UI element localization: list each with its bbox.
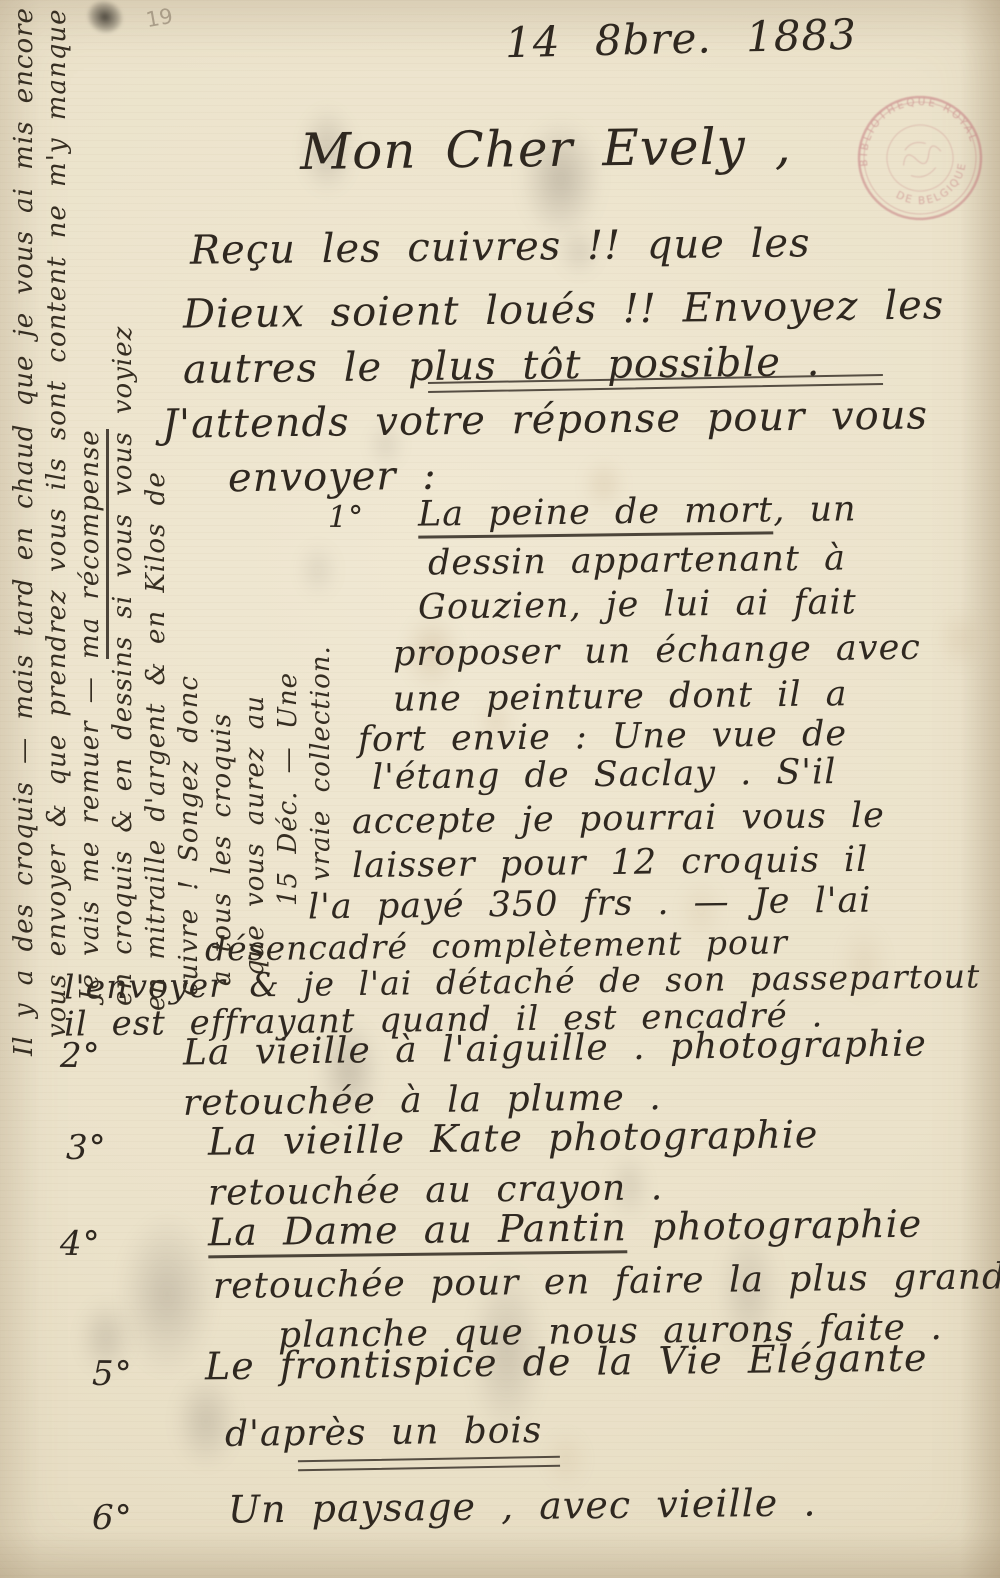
margin-line: en croquis & en dessins si vous vous voy… [107, 10, 140, 1056]
list-marker-3: 3° [66, 1128, 107, 1168]
list-marker-6: 6° [92, 1498, 133, 1538]
list-item-1-line: Gouzien, je lui ai fait [418, 582, 857, 627]
list-item-4-line: La Dame au Pantin photographie [208, 1202, 923, 1255]
list-item-1-line: accepte je pourrai vous le [352, 796, 885, 843]
line-text: photographie [627, 1202, 923, 1250]
list-item-1-line: dessin appartenant à [428, 538, 846, 583]
list-item-5-line: d'après un bois [225, 1410, 543, 1455]
date-line: 14 8bre. 1883 [504, 10, 857, 68]
list-item-1-line: l'étang de Saclay . S'il [372, 752, 837, 798]
paper-stain [938, 608, 984, 670]
margin-line: 15 Déc. — Une [272, 10, 305, 1056]
list-item-1-line: La peine de mort, un [418, 489, 857, 534]
line-text: , un [773, 489, 857, 530]
margin-note: Il y a des croquis — mais tard en chaud … [8, 10, 338, 1056]
list-item-5-line: Le frontispice de la Vie Élégante [205, 1336, 928, 1389]
margin-line: vous envoyer & que prendrez vous ils son… [41, 10, 74, 1056]
list-item-1-line: l'a payé 350 frs . — Je l'ai [308, 881, 872, 928]
list-marker-4: 4° [60, 1224, 101, 1264]
margin-line: a tous les croquis [206, 10, 239, 1056]
letter-scan: 19 BIBLIOTHEQUE ROYALE DE BELGIQUE [0, 0, 1000, 1578]
list-item-1-line: laisser pour 12 croquis il [352, 840, 869, 886]
margin-underlined-text: ma récompense [75, 429, 109, 659]
list-marker-5: 5° [92, 1354, 133, 1394]
ink-stain [118, 1212, 216, 1377]
list-item-1-line: une peinture dont il a [393, 674, 848, 720]
salutation: Mon Cher Evely , [300, 117, 792, 181]
margin-line: en mitraille d'argent & en Kilos de [140, 10, 173, 1056]
underlined-title: La Dame au Pantin [208, 1205, 627, 1258]
margin-line: que vous aurez au [239, 10, 272, 1056]
margin-line: Je vais me remuer — ma récompense [74, 10, 107, 1056]
margin-line: Il y a des croquis — mais tard en chaud … [8, 10, 41, 1056]
list-item-3-line: La vieille Kate photographie [208, 1112, 819, 1163]
margin-text: Je vais me remuer — [75, 659, 105, 1001]
list-item-6-line: Un paysage , avec vieille . [228, 1480, 817, 1531]
margin-line: cuivre ! Songez donc [173, 10, 206, 1056]
margin-line: vraie collection. [305, 10, 338, 1056]
stamp-bottom-text: DE BELGIQUE [888, 158, 977, 217]
svg-text:DE BELGIQUE: DE BELGIQUE [888, 158, 977, 217]
underlined-title: La peine de mort [418, 490, 774, 538]
list-item-1-line: proposer un échange avec [393, 628, 921, 674]
